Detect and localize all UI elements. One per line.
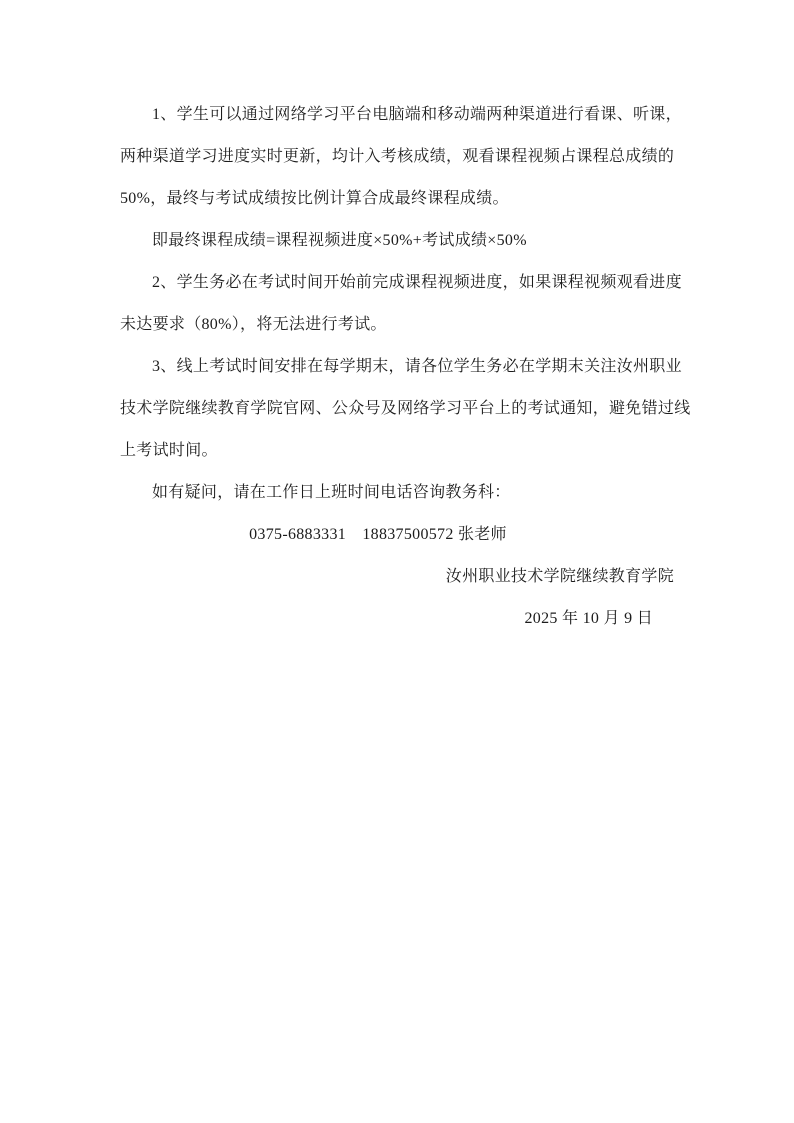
paragraph-course-viewing: 1、学生可以通过网络学习平台电脑端和移动端两种渠道进行看课、听课， 两种渠道学习… xyxy=(120,94,674,220)
signature-date: 2025 年 10 月 9 日 xyxy=(120,598,674,640)
paragraph-exam-schedule-line3: 上考试时间。 xyxy=(120,430,674,472)
paragraph-contact-intro: 如有疑问，请在工作日上班时间电话咨询教务科： xyxy=(120,472,674,514)
document-page: 1、学生可以通过网络学习平台电脑端和移动端两种渠道进行看课、听课， 两种渠道学习… xyxy=(0,0,794,1123)
contact-intro-line: 如有疑问，请在工作日上班时间电话咨询教务科： xyxy=(120,472,674,514)
paragraph-exam-schedule-line1: 3、线上考试时间安排在每学期末，请各位学生务必在学期末关注汝州职业 xyxy=(120,346,674,388)
paragraph-course-viewing-line2: 两种渠道学习进度实时更新，均计入考核成绩，观看课程视频占课程总成绩的 xyxy=(120,136,674,178)
contact-phone-line-wrap: 0375-6883331 18837500572 张老师 xyxy=(120,514,674,556)
contact-phone-line: 0375-6883331 18837500572 张老师 xyxy=(120,514,674,556)
paragraph-course-viewing-line1: 1、学生可以通过网络学习平台电脑端和移动端两种渠道进行看课、听课， xyxy=(120,94,674,136)
paragraph-course-viewing-line3: 50%，最终与考试成绩按比例计算合成最终课程成绩。 xyxy=(120,178,674,220)
signature-org-wrap: 汝州职业技术学院继续教育学院 xyxy=(120,556,674,598)
signature-org: 汝州职业技术学院继续教育学院 xyxy=(120,556,674,598)
paragraph-exam-schedule-line2: 技术学院继续教育学院官网、公众号及网络学习平台上的考试通知，避免错过线 xyxy=(120,388,674,430)
paragraph-grade-formula: 即最终课程成绩=课程视频进度×50%+考试成绩×50% xyxy=(120,220,674,262)
paragraph-exam-schedule: 3、线上考试时间安排在每学期末，请各位学生务必在学期末关注汝州职业 技术学院继续… xyxy=(120,346,674,472)
signature-date-wrap: 2025 年 10 月 9 日 xyxy=(120,598,674,640)
paragraph-exam-requirement: 2、学生务必在考试时间开始前完成课程视频进度，如果课程视频观看进度 未达要求（8… xyxy=(120,262,674,346)
paragraph-exam-requirement-line1: 2、学生务必在考试时间开始前完成课程视频进度，如果课程视频观看进度 xyxy=(120,262,674,304)
paragraph-exam-requirement-line2: 未达要求（80%），将无法进行考试。 xyxy=(120,304,674,346)
grade-formula-line: 即最终课程成绩=课程视频进度×50%+考试成绩×50% xyxy=(120,220,674,262)
